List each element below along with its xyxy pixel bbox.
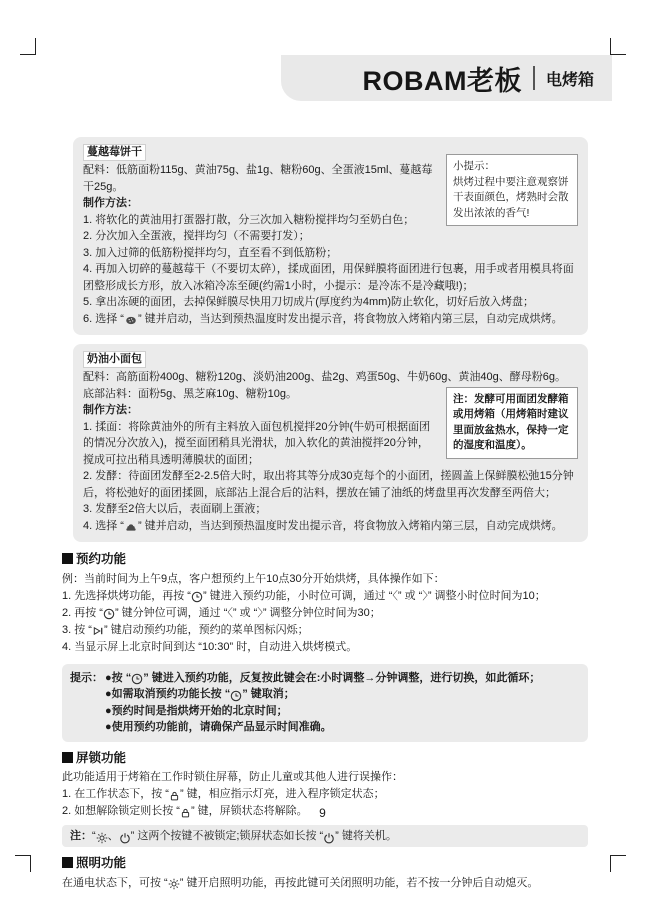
text-line: 2. 分次加入全蛋液，搅拌均匀（不需要打发）； [83, 228, 578, 245]
header-divider [533, 66, 535, 90]
recipe-cranberry-cookies: 小提示： 烘烤过程中要注意观察饼干表面颜色，烤熟时会散发出浓浓的香气! 蔓越莓饼… [73, 137, 588, 335]
text-line: 4. 再加入切碎的蔓越莓干（不要切太碎），揉成面团，用保鲜膜将面团进行包裹，用手… [83, 261, 578, 294]
section-title-text: 预约功能 [76, 552, 126, 566]
lighting-instructions: 在通电状态下，可按 “” 键开启照明功能，再按此键可关闭照明功能，若不按一分钟后… [62, 875, 588, 892]
recipe-cream-buns: 奶油小面包 配料：高筋面粉400g、糖粉120g、淡奶油200g、盐2g、鸡蛋5… [73, 344, 588, 542]
preset-clock-key-icon [230, 690, 242, 702]
text-line: 4. 选择 “” 键并启动，当达到预热温度时发出提示音，将食物放入烤箱内第三层，… [83, 518, 578, 535]
fermentation-note-box: 注：发酵可用面团发酵箱或用烤箱（用烤箱时建议里面放盆热水，保持一定的湿度和温度）… [446, 387, 578, 459]
page-number: 9 [0, 806, 645, 820]
light-key-icon [168, 878, 180, 890]
note-label: 注： [70, 830, 92, 842]
text-line: 例：当前时间为上午9点，客户想预约上午10点30分开始烘烤，具体操作如下： [62, 571, 588, 588]
text-line: 1. 先选择烘烤功能，再按 “” 键进入预约功能，小时位可调，通过 “〈” 或 … [62, 588, 588, 605]
section-bullet-icon [62, 857, 73, 868]
text-line: 此功能适用于烤箱在工作时锁住屏幕，防止儿童或其他人进行误操作： [62, 769, 588, 786]
tip-text: 烘烤过程中要注意观察饼干表面颜色，烤熟时会散发出浓浓的香气! [453, 175, 571, 222]
crop-mark-bottom-right-icon [610, 855, 626, 872]
note-text: 注：发酵可用面团发酵箱或用烤箱（用烤箱时建议里面放盆热水，保持一定的湿度和温度）… [453, 392, 571, 454]
text-line: 3. 按 “” 键启动预约功能，预约的菜单图标闪烁； [62, 622, 588, 639]
power-key-icon [323, 832, 335, 844]
section-bullet-icon [62, 553, 73, 564]
text-line: 配料：高筋面粉400g、糖粉120g、淡奶油200g、盐2g、鸡蛋50g、牛奶6… [83, 369, 578, 386]
text-line: 1. 在工作状态下，按 “” 键，相应指示灯亮，进入程序锁定状态； [62, 786, 588, 803]
start-pause-key-icon [92, 625, 104, 637]
page-content: 小提示： 烘烤过程中要注意观察饼干表面颜色，烤熟时会散发出浓浓的香气! 蔓越莓饼… [62, 137, 588, 892]
tip-box: 小提示： 烘烤过程中要注意观察饼干表面颜色，烤熟时会散发出浓浓的香气! [446, 154, 578, 226]
header-banner: ROBAM老板 电烤箱 [281, 55, 612, 101]
preset-clock-key-icon [191, 591, 203, 603]
text-line: 在通电状态下，可按 “” 键开启照明功能，再按此键可关闭照明功能，若不按一分钟后… [62, 875, 588, 892]
tip-title: 小提示： [453, 159, 571, 175]
recipe-title-row: 奶油小面包 [83, 351, 578, 368]
section-title-text: 照明功能 [76, 856, 126, 870]
light-key-icon [96, 832, 108, 844]
tips-label: 提示： [70, 670, 103, 736]
crop-mark-top-left-icon [20, 38, 36, 55]
cookie-key-icon [124, 315, 138, 326]
crop-mark-bottom-left-icon [15, 855, 31, 872]
section-title-screen-lock: 屏锁功能 [62, 750, 588, 767]
text-line: ●如需取消预约功能长按 “” 键取消； [105, 686, 580, 703]
section-title-reservation: 预约功能 [62, 551, 588, 568]
preset-clock-key-icon [131, 673, 143, 685]
tips-list: ●按 “” 键进入预约功能，反复按此键会在:小时调整→分钟调整，进行切换，如此循… [105, 670, 580, 736]
section-title-lighting: 照明功能 [62, 855, 588, 872]
recipe-title: 奶油小面包 [83, 351, 146, 368]
text-line: ●使用预约功能前，请确保产品显示时间准确。 [105, 719, 580, 736]
text-line: 2. 再按 “” 键分钟位可调，通过 “〈” 或 “〉” 调整分钟位时间为30； [62, 605, 588, 622]
recipe-ingredients: 配料：高筋面粉400g、糖粉120g、淡奶油200g、盐2g、鸡蛋50g、牛奶6… [83, 369, 578, 386]
reservation-instructions: 例：当前时间为上午9点，客户想预约上午10点30分开始烘烤，具体操作如下：1. … [62, 571, 588, 656]
note-text: “、” 这两个按键不被锁定;锁屏状态如长按 “” 键将关机。 [92, 830, 397, 842]
text-line: ●按 “” 键进入预约功能，反复按此键会在:小时调整→分钟调整，进行切换，如此循… [105, 670, 580, 687]
section-bullet-icon [62, 752, 73, 763]
crop-mark-top-right-icon [610, 38, 626, 55]
reservation-tips-box: 提示： ●按 “” 键进入预约功能，反复按此键会在:小时调整→分钟调整，进行切换… [62, 664, 588, 742]
power-key-icon [119, 832, 131, 844]
bread-key-icon [124, 522, 138, 533]
text-line: 2. 发酵：待面团发酵至2-2.5倍大时，取出将其等分成30克每个的小面团，搓圆… [83, 468, 578, 501]
recipe-title: 蔓越莓饼干 [83, 144, 146, 161]
text-line: 5. 拿出冻硬的面团，去掉保鲜膜尽快用刀切成片(厚度约为4mm)防止软化，切好后… [83, 294, 578, 311]
manual-page: ROBAM老板 电烤箱 小提示： 烘烤过程中要注意观察饼干表面颜色，烤熟时会散发… [0, 0, 645, 909]
text-line: 6. 选择 “” 键并启动，当达到预热温度时发出提示音，将食物放入烤箱内第三层，… [83, 311, 578, 328]
brand-logo: ROBAM老板 [362, 59, 522, 98]
text-line: ●预约时间是指烘烤开始的北京时间； [105, 703, 580, 720]
section-title-text: 屏锁功能 [76, 751, 126, 765]
text-line: 3. 加入过筛的低筋粉搅拌均匀，直至看不到低筋粉； [83, 245, 578, 262]
preset-clock-key-icon [103, 608, 115, 620]
screen-lock-note-bar: 注：“、” 这两个按键不被锁定;锁屏状态如长按 “” 键将关机。 [62, 825, 588, 847]
text-line: 4. 当显示屏上北京时间到达 “10:30” 时，自动进入烘烤模式。 [62, 639, 588, 656]
child-lock-key-icon [169, 790, 180, 802]
product-name: 电烤箱 [546, 67, 594, 90]
text-line: 3. 发酵至2倍大以后，表面刷上蛋液； [83, 501, 578, 518]
